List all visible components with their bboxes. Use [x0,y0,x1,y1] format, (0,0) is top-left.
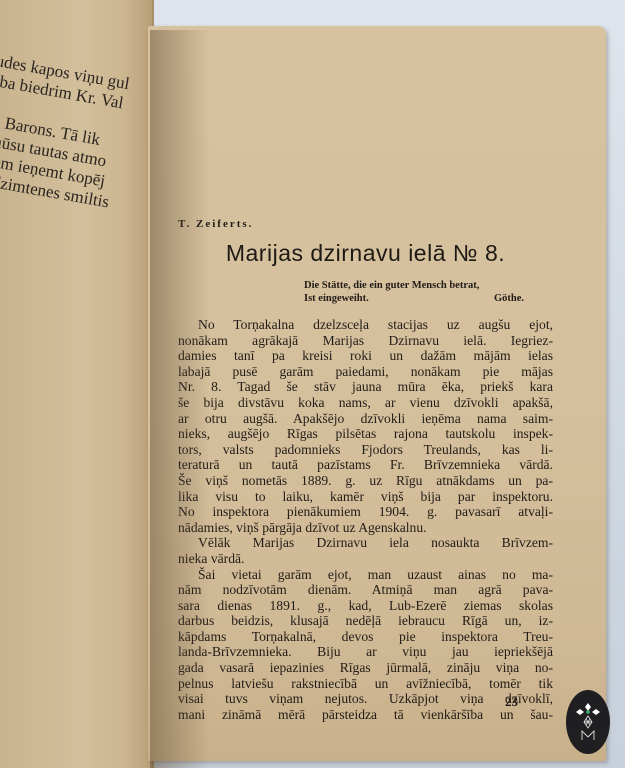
text-line: nieks, augšējo Rīgas pilsētas rajona tau… [178,426,553,442]
text-line: teraturā un tautā pazīstams Fr. Brīvzemn… [178,457,553,473]
text-line: No inspektora pienākumiem 1904. g. pavas… [178,504,553,520]
text-line: nādamies, viņš pārgāja dzīvot uz Agenska… [178,520,553,536]
text-line: Šai vietai garām ejot, man uzaust ainas … [178,567,553,583]
author-name: T. Zeiferts. [178,218,553,230]
museum-logo [566,690,610,754]
text-line: Nr. 8. Tagad še stāv jauna mūra ēka, pri… [178,379,553,395]
page-content: T. Zeiferts. Marijas dzirnavu ielā № 8. … [178,218,553,722]
epigraph-text: Ist eingeweiht. [304,292,369,305]
museum-logo-icon [573,700,603,744]
text-line: mani zināmā mērā pārsteidza tā vienkāršī… [178,707,553,723]
left-book-page: rudes kapos viņu gul arba biedrim Kr. Va… [0,0,154,768]
text-line: nonākam agrākajā Marijas Dzirnavu ielā. … [178,333,553,349]
epigraph-line-2: Ist eingeweiht. Göthe. [304,292,524,305]
text-line: No Torņakalna dzelzsceļa stacijas uz aug… [178,317,553,333]
text-line: sara dienas 1891. g., kad, Lub-Ezerē zie… [178,598,553,614]
epigraph-attribution: Göthe. [494,292,524,305]
text-line: damies tanī pa kreisi roki un dažām mājā… [178,348,553,364]
text-line: darbus beidzis, klusajā nedēļā iebraucu … [178,613,553,629]
text-line: pelnus latviešu rakstniecībā un avīžniec… [178,676,553,692]
text-line: nām nodzīvotām dienām. Atmiņā man agrā p… [178,582,553,598]
text-line: Še viņš nometās 1889. g. uz Rīgu atnākda… [178,473,553,489]
epigraph: Die Stätte, die ein guter Mensch betrat,… [178,279,524,305]
text-line: kāpdams Torņakalnā, devos pie inspektora… [178,629,553,645]
epigraph-line-1: Die Stätte, die ein guter Mensch betrat, [304,279,524,292]
text-line: visai tuvs viņam nejutos. Uzkāpjot viņa … [178,691,553,707]
chapter-title: Marijas dzirnavu ielā № 8. [178,240,553,267]
text-line: gada vasarā iepazinies Rīgas jūrmalā, zi… [178,660,553,676]
body-text: No Torņakalna dzelzsceļa stacijas uz aug… [178,317,553,722]
text-line: labajā pusē garām paiedami, nonākam pie … [178,364,553,380]
text-line: ar otru augšā. Apakšējo dzīvokli ieņēma … [178,411,553,427]
page-number: 23 [505,694,518,710]
text-line: Vēlāk Marijas Dzirnavu iela nosaukta Brī… [178,535,553,551]
text-line: tors, valsts padomnieks Fjodors Treuland… [178,442,553,458]
right-book-page: T. Zeiferts. Marijas dzirnavu ielā № 8. … [148,26,606,761]
text-line: landa-Brīvzemnieka. Biju ar viņu jau iep… [178,644,553,660]
text-line: lika visu to laiku, kamēr viņš bija par … [178,489,553,505]
text-line: nieka vārdā. [178,551,553,567]
text-line: še bija divstāvu koka nams, ar vienu dzī… [178,395,553,411]
left-page-text: rudes kapos viņu gul arba biedrim Kr. Va… [0,50,150,216]
